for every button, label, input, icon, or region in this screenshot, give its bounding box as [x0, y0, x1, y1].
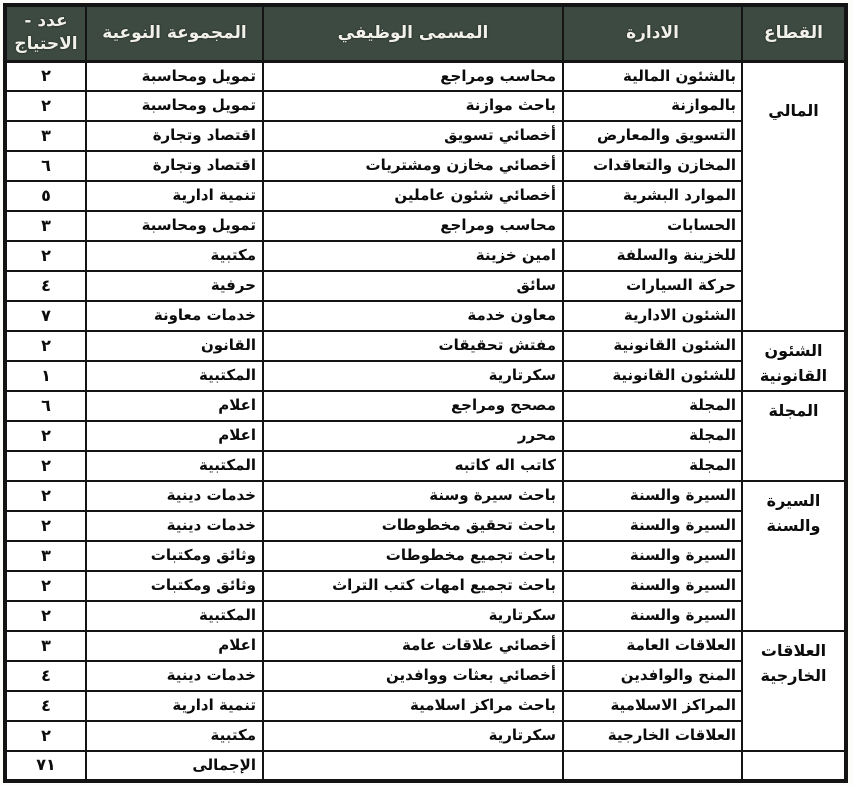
department-cell: السيرة والسنة: [563, 571, 742, 601]
job-title-cell: امين خزينة: [263, 241, 563, 271]
department-cell: للخزينة والسلفة: [563, 241, 742, 271]
group-cell: تمويل ومحاسبة: [86, 91, 263, 121]
count-cell: ٣: [5, 211, 86, 241]
sector-cell: السيرة والسنة: [742, 481, 846, 631]
count-cell: ٧: [5, 301, 86, 331]
count-cell: ٢: [5, 721, 86, 751]
count-cell: ٢: [5, 241, 86, 271]
group-cell: خدمات دينية: [86, 661, 263, 691]
header-job-title: المسمى الوظيفي: [263, 5, 563, 61]
count-cell: ٣: [5, 541, 86, 571]
total-count-cell: ٧١: [5, 751, 86, 781]
department-cell: المنح والوافدين: [563, 661, 742, 691]
department-cell: السيرة والسنة: [563, 481, 742, 511]
group-cell: خدمات دينية: [86, 481, 263, 511]
job-title-cell: [263, 751, 563, 781]
header-department: الادارة: [563, 5, 742, 61]
group-cell: مكتبية: [86, 241, 263, 271]
group-cell: مكتبية: [86, 721, 263, 751]
job-title-cell: أخصائي مخازن ومشتريات: [263, 151, 563, 181]
department-cell: الحسابات: [563, 211, 742, 241]
department-cell: للشئون القانونية: [563, 361, 742, 391]
count-cell: ٢: [5, 61, 86, 91]
count-cell: ٢: [5, 481, 86, 511]
job-title-cell: باحث تجميع امهات كتب التراث: [263, 571, 563, 601]
department-cell: السيرة والسنة: [563, 541, 742, 571]
count-cell: ٢: [5, 421, 86, 451]
group-cell: خدمات معاونة: [86, 301, 263, 331]
table-row: السيرة والسنةالسيرة والسنةباحث سيرة وسنة…: [5, 481, 846, 511]
header-row: القطاع الادارة المسمى الوظيفي المجموعة ا…: [5, 5, 846, 61]
department-cell: بالشئون المالية: [563, 61, 742, 91]
job-title-cell: كاتب اله كاتبه: [263, 451, 563, 481]
group-cell: تنمية ادارية: [86, 181, 263, 211]
table-row: بالموازنةباحث موازنةتمويل ومحاسبة٢: [5, 91, 846, 121]
job-title-cell: باحث مراكز اسلامية: [263, 691, 563, 721]
sector-cell: الشئون القانونية: [742, 331, 846, 391]
sector-cell: المالي: [742, 61, 846, 331]
scanned-page: القطاع الادارة المسمى الوظيفي المجموعة ا…: [0, 0, 853, 785]
sector-cell: المجلة: [742, 391, 846, 481]
group-cell: المكتبية: [86, 451, 263, 481]
job-title-cell: معاون خدمة: [263, 301, 563, 331]
table-row: المنح والوافدينأخصائي بعثات ووافدينخدمات…: [5, 661, 846, 691]
table-row: المجلةمحرراعلام٢: [5, 421, 846, 451]
group-cell: اقتصاد وتجارة: [86, 121, 263, 151]
department-cell: الموارد البشرية: [563, 181, 742, 211]
table-row: الشئون الاداريةمعاون خدمةخدمات معاونة٧: [5, 301, 846, 331]
table-row: المخازن والتعاقداتأخصائي مخازن ومشترياتا…: [5, 151, 846, 181]
job-title-cell: أخصائي علاقات عامة: [263, 631, 563, 661]
department-cell: العلاقات الخارجية: [563, 721, 742, 751]
job-title-cell: محاسب ومراجع: [263, 61, 563, 91]
table-row: التسويق والمعارضأخصائي تسويقاقتصاد وتجار…: [5, 121, 846, 151]
table-row: للخزينة والسلفةامين خزينةمكتبية٢: [5, 241, 846, 271]
group-cell: اعلام: [86, 421, 263, 451]
group-cell: اعلام: [86, 631, 263, 661]
job-title-cell: باحث تجميع مخطوطات: [263, 541, 563, 571]
department-cell: بالموازنة: [563, 91, 742, 121]
job-title-cell: سكرتارية: [263, 361, 563, 391]
job-title-cell: أخصائي شئون عاملين: [263, 181, 563, 211]
job-title-cell: باحث موازنة: [263, 91, 563, 121]
table-row: السيرة والسنةسكرتاريةالمكتبية٢: [5, 601, 846, 631]
count-cell: ٢: [5, 571, 86, 601]
total-label-cell: الإجمالى: [86, 751, 263, 781]
count-cell: ٢: [5, 331, 86, 361]
table-row: العلاقات الخارجيةسكرتاريةمكتبية٢: [5, 721, 846, 751]
department-cell: [563, 751, 742, 781]
department-cell: العلاقات العامة: [563, 631, 742, 661]
department-cell: حركة السيارات: [563, 271, 742, 301]
group-cell: تمويل ومحاسبة: [86, 61, 263, 91]
count-cell: ٢: [5, 451, 86, 481]
count-cell: ٢: [5, 511, 86, 541]
job-title-cell: باحث سيرة وسنة: [263, 481, 563, 511]
count-cell: ٤: [5, 661, 86, 691]
department-cell: المجلة: [563, 391, 742, 421]
job-title-cell: أخصائي تسويق: [263, 121, 563, 151]
job-title-cell: مفتش تحقيقات: [263, 331, 563, 361]
table-body: الماليبالشئون الماليةمحاسب ومراجعتمويل و…: [5, 61, 846, 781]
department-cell: الشئون الادارية: [563, 301, 742, 331]
count-cell: ٤: [5, 271, 86, 301]
group-cell: المكتبية: [86, 601, 263, 631]
table-row: العلاقات الخارجيةالعلاقات العامةأخصائي ع…: [5, 631, 846, 661]
group-cell: اقتصاد وتجارة: [86, 151, 263, 181]
group-cell: وثائق ومكتبات: [86, 571, 263, 601]
sector-cell: العلاقات الخارجية: [742, 631, 846, 751]
job-title-cell: سكرتارية: [263, 721, 563, 751]
count-cell: ٢: [5, 601, 86, 631]
sector-cell: [742, 751, 846, 781]
count-cell: ٥: [5, 181, 86, 211]
count-cell: ٣: [5, 631, 86, 661]
table-row: السيرة والسنةباحث تجميع امهات كتب التراث…: [5, 571, 846, 601]
table-row: المجلةكاتب اله كاتبهالمكتبية٢: [5, 451, 846, 481]
staffing-needs-table: القطاع الادارة المسمى الوظيفي المجموعة ا…: [3, 3, 848, 783]
job-title-cell: أخصائي بعثات ووافدين: [263, 661, 563, 691]
department-cell: المجلة: [563, 451, 742, 481]
table-row: الموارد البشريةأخصائي شئون عاملينتنمية ا…: [5, 181, 846, 211]
department-cell: المراكز الاسلامية: [563, 691, 742, 721]
total-row: الإجمالى٧١: [5, 751, 846, 781]
group-cell: حرفية: [86, 271, 263, 301]
count-cell: ٦: [5, 151, 86, 181]
count-cell: ٢: [5, 91, 86, 121]
job-title-cell: محرر: [263, 421, 563, 451]
job-title-cell: باحث تحقيق مخطوطات: [263, 511, 563, 541]
table-row: المجلةالمجلةمصحح ومراجعاعلام٦: [5, 391, 846, 421]
group-cell: وثائق ومكتبات: [86, 541, 263, 571]
count-cell: ٦: [5, 391, 86, 421]
department-cell: التسويق والمعارض: [563, 121, 742, 151]
header-count: عدد - الاحتياج: [5, 5, 86, 61]
group-cell: اعلام: [86, 391, 263, 421]
count-cell: ٤: [5, 691, 86, 721]
table-header: القطاع الادارة المسمى الوظيفي المجموعة ا…: [5, 5, 846, 61]
job-title-cell: سائق: [263, 271, 563, 301]
table-row: للشئون القانونيةسكرتاريةالمكتبية١: [5, 361, 846, 391]
header-sector: القطاع: [742, 5, 846, 61]
header-group: المجموعة النوعية: [86, 5, 263, 61]
table-row: حركة السياراتسائقحرفية٤: [5, 271, 846, 301]
count-cell: ٣: [5, 121, 86, 151]
job-title-cell: سكرتارية: [263, 601, 563, 631]
table-row: السيرة والسنةباحث تحقيق مخطوطاتخدمات دين…: [5, 511, 846, 541]
table-row: الحساباتمحاسب ومراجعتمويل ومحاسبة٣: [5, 211, 846, 241]
department-cell: المجلة: [563, 421, 742, 451]
department-cell: السيرة والسنة: [563, 511, 742, 541]
group-cell: القانون: [86, 331, 263, 361]
table-row: الماليبالشئون الماليةمحاسب ومراجعتمويل و…: [5, 61, 846, 91]
group-cell: تمويل ومحاسبة: [86, 211, 263, 241]
job-title-cell: مصحح ومراجع: [263, 391, 563, 421]
department-cell: السيرة والسنة: [563, 601, 742, 631]
department-cell: المخازن والتعاقدات: [563, 151, 742, 181]
job-title-cell: محاسب ومراجع: [263, 211, 563, 241]
group-cell: خدمات دينية: [86, 511, 263, 541]
department-cell: الشئون القانونية: [563, 331, 742, 361]
count-cell: ١: [5, 361, 86, 391]
table-row: السيرة والسنةباحث تجميع مخطوطاتوثائق ومك…: [5, 541, 846, 571]
table-row: الشئون القانونيةالشئون القانونيةمفتش تحق…: [5, 331, 846, 361]
table-row: المراكز الاسلاميةباحث مراكز اسلاميةتنمية…: [5, 691, 846, 721]
group-cell: المكتبية: [86, 361, 263, 391]
group-cell: تنمية ادارية: [86, 691, 263, 721]
